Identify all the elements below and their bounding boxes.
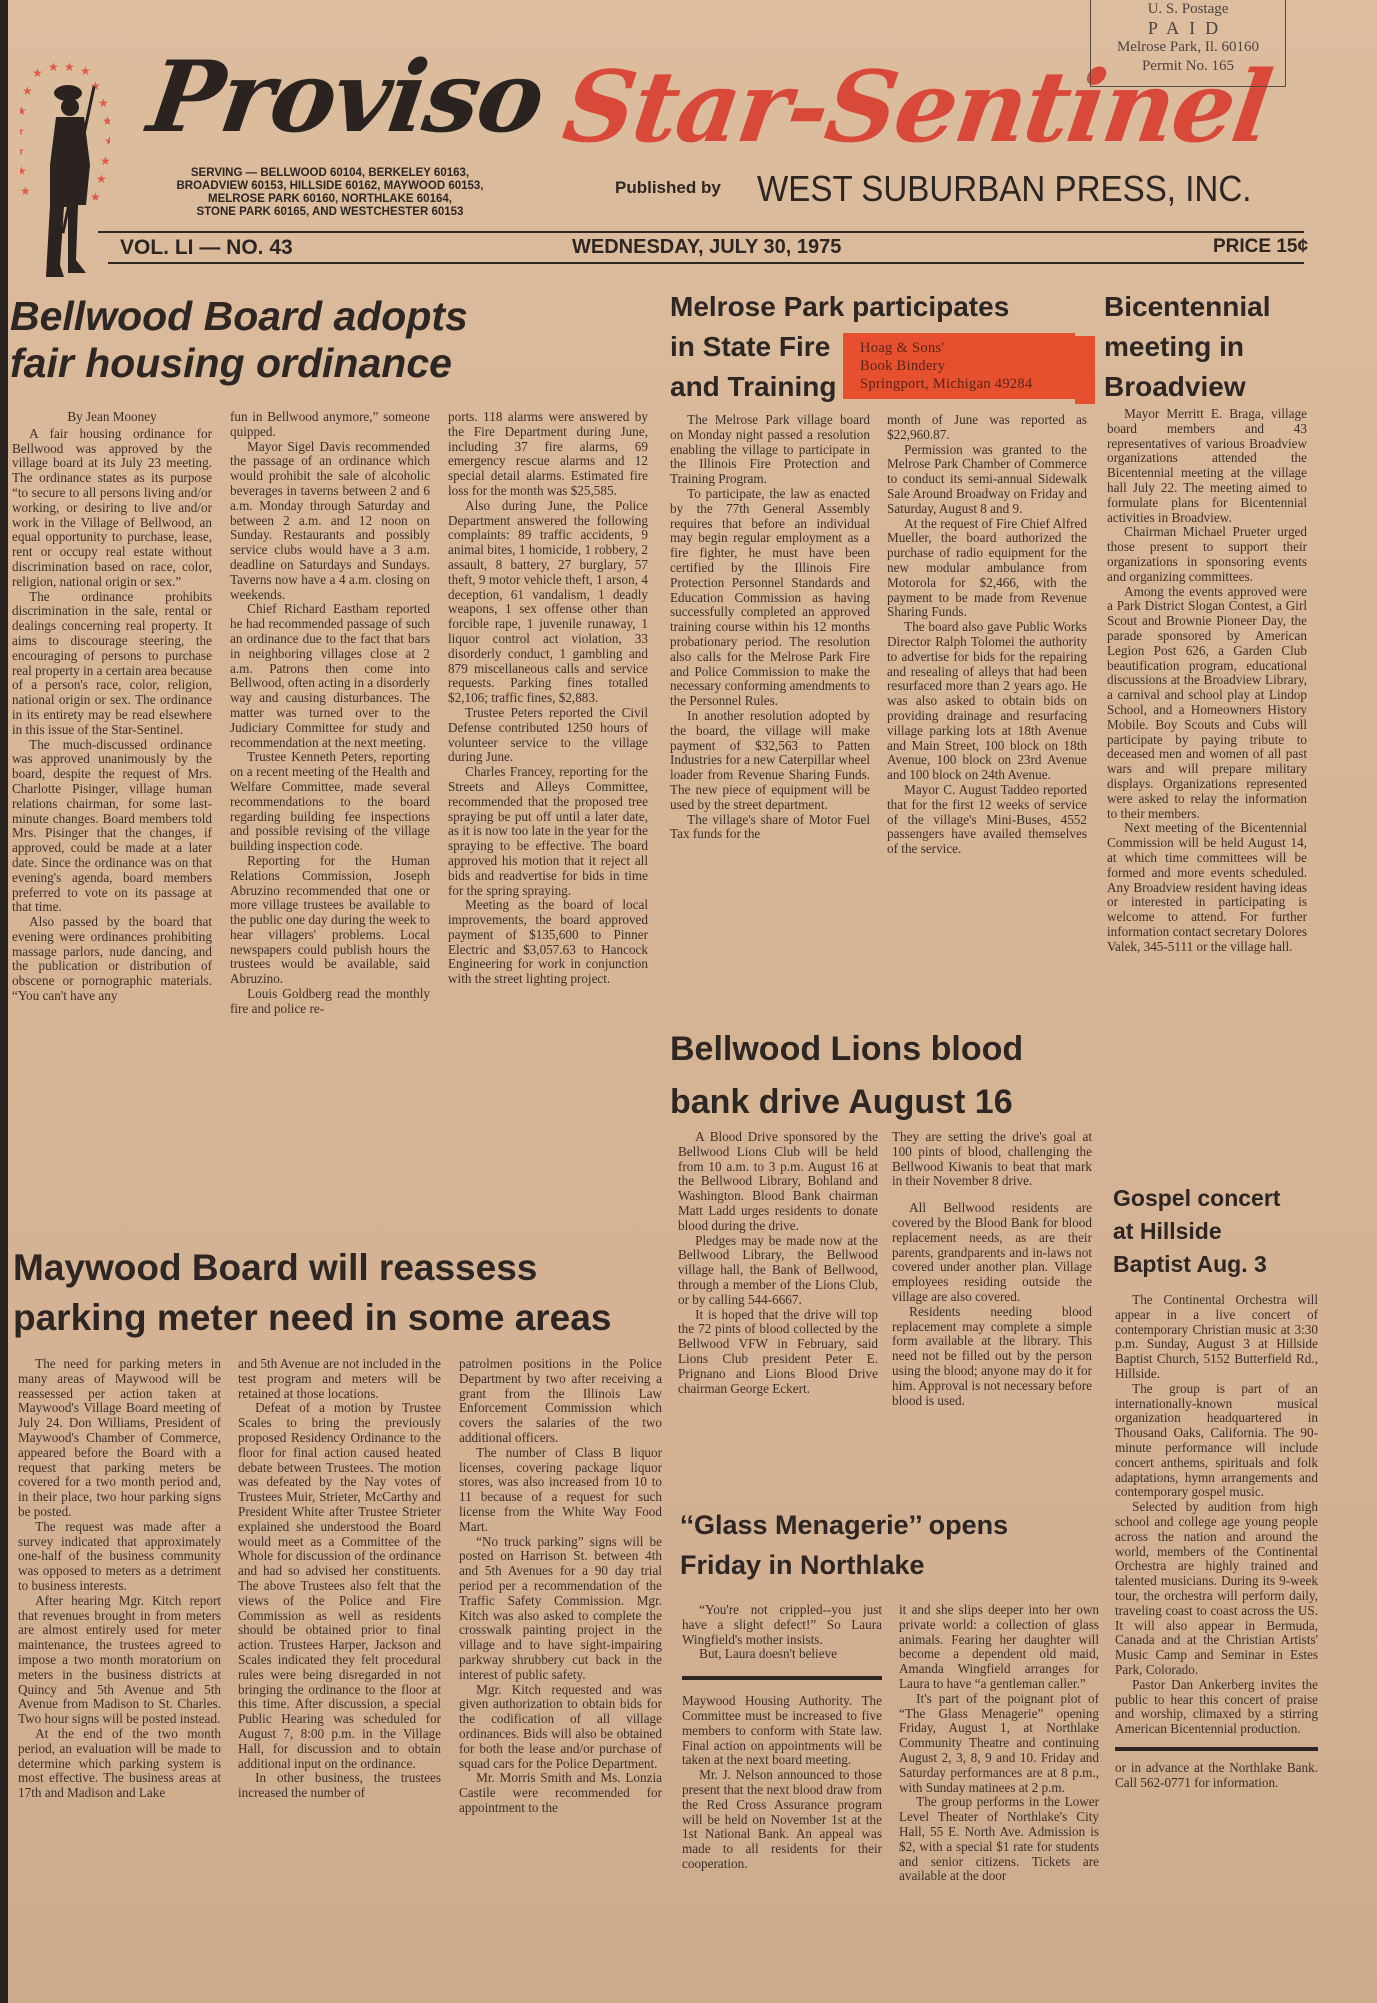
- bindery-label-sticker: Hoag & Sons' Book Bindery Springport, Mi…: [843, 333, 1075, 399]
- headline: Maywood Board will reassess parking mete…: [13, 1243, 611, 1343]
- article-column: A Blood Drive sponsored by the Bellwood …: [678, 1130, 878, 1396]
- masthead-rule-top: [98, 231, 1304, 233]
- article-column: The Melrose Park village board on Monday…: [670, 413, 870, 842]
- article-column: The need for parking meters in many area…: [18, 1357, 221, 1801]
- svg-text:★: ★: [104, 134, 110, 148]
- article-column: “You're not crippled--you just have a sl…: [682, 1603, 882, 1872]
- continued-text: or in advance at the Northlake Bank. Cal…: [1115, 1761, 1318, 1791]
- minuteman-with-stars-icon: ★★★★ ★★★★ ★★★ ★★★★ ★★: [20, 55, 110, 280]
- headline: Gospel concert at Hillside Baptist Aug. …: [1113, 1182, 1280, 1281]
- continued-text: Maywood Housing Authority. The Committee…: [682, 1694, 882, 1768]
- headline: Bellwood Lions blood bank drive August 1…: [670, 1023, 1023, 1129]
- article-column: fun in Bellwood anymore,” someone quippe…: [230, 410, 430, 1017]
- svg-text:★: ★: [80, 64, 91, 78]
- svg-text:★: ★: [20, 184, 31, 198]
- svg-text:★: ★: [20, 144, 25, 158]
- bindery-label-edge: [1075, 336, 1095, 404]
- page-edge: [0, 0, 8, 2003]
- postage-paid-stamp: U. S. Postage PAID Melrose Park, Il. 601…: [1090, 0, 1286, 87]
- headline: ‘‘Glass Menagerie’’ opens Friday in Nort…: [680, 1505, 1008, 1585]
- article-column: Mayor Merritt E. Braga, village board me…: [1107, 407, 1307, 954]
- article-column: The Continental Orchestra will appear in…: [1115, 1293, 1318, 1791]
- publisher-name: WEST SUBURBAN PRESS, INC.: [757, 168, 1251, 210]
- column-divider: [682, 1676, 882, 1680]
- article-column: and 5th Avenue are not included in the t…: [238, 1357, 441, 1801]
- svg-text:★: ★: [48, 60, 59, 74]
- svg-text:★: ★: [20, 104, 27, 118]
- article-column: By Jean Mooney A fair housing ordinance …: [12, 410, 212, 1004]
- article-column: month of June was reported as $22,960.87…: [887, 413, 1087, 857]
- volume-number: VOL. LI — NO. 43: [120, 236, 293, 260]
- headline: Bicentennial meeting in Broadview: [1104, 287, 1270, 407]
- svg-text:★: ★: [102, 114, 110, 128]
- svg-text:★: ★: [20, 124, 25, 138]
- article-column: patrolmen positions in the Police Depart…: [459, 1357, 662, 1816]
- svg-text:★: ★: [98, 96, 109, 110]
- article-column: ports. 118 alarms were answered by the F…: [448, 410, 648, 987]
- published-by-label: Published by: [615, 178, 721, 198]
- byline: By Jean Mooney: [12, 410, 212, 425]
- svg-text:★: ★: [96, 172, 107, 186]
- masthead-rule-bottom: [108, 262, 1304, 264]
- article-column: it and she slips deeper into her own pri…: [899, 1603, 1099, 1884]
- serving-areas: SERVING — BELLWOOD 60104, BERKELEY 60163…: [150, 167, 510, 219]
- issue-date: WEDNESDAY, JULY 30, 1975: [572, 236, 841, 259]
- headline: Bellwood Board adopts fair housing ordin…: [10, 293, 468, 387]
- svg-text:★: ★: [100, 154, 110, 168]
- svg-text:★: ★: [32, 66, 43, 80]
- svg-text:★: ★: [22, 84, 33, 98]
- article-column: They are setting the drive's goal at 100…: [892, 1130, 1092, 1408]
- newspaper-title-proviso: Proviso: [142, 40, 550, 155]
- svg-text:★: ★: [90, 190, 101, 204]
- svg-text:★: ★: [64, 60, 75, 74]
- price: PRICE 15¢: [1213, 236, 1308, 258]
- svg-text:★: ★: [20, 164, 27, 178]
- column-divider: [1115, 1747, 1318, 1751]
